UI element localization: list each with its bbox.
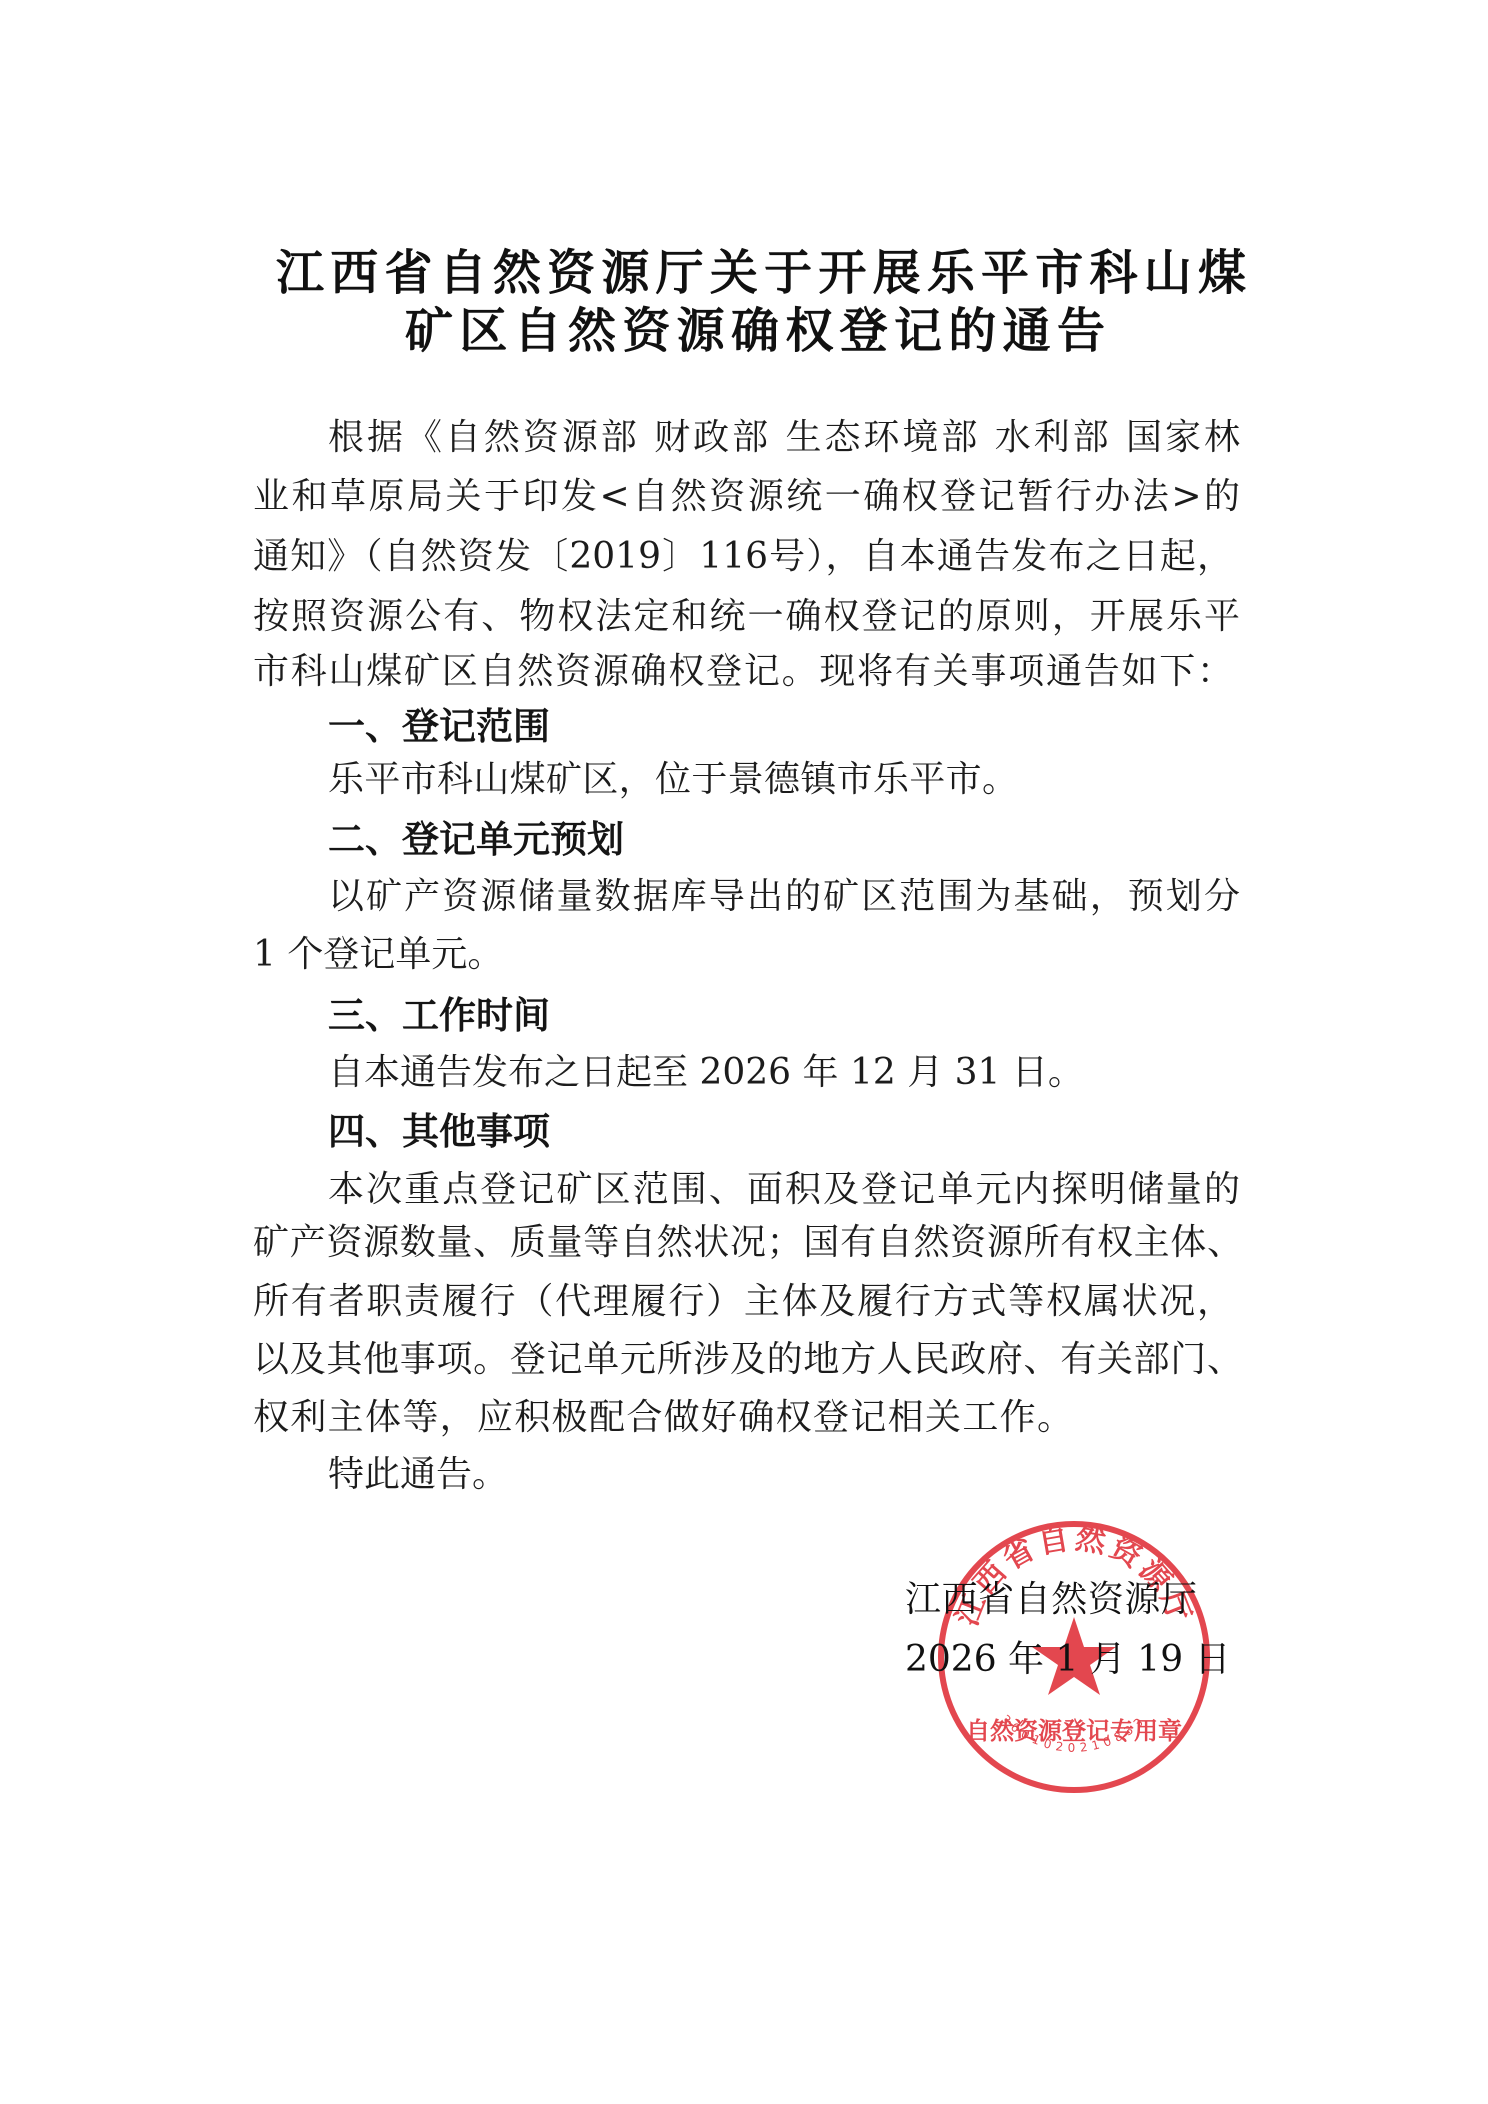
document-title-line-1: 江西省自然资源厅关于开展乐平市科山煤 xyxy=(276,244,1246,302)
section-other-line-2: 矿产资源数量、质量等自然状况；国有自然资源所有权主体、 xyxy=(253,1223,1243,1263)
section-units-line-1: 以矿产资源储量数据库导出的矿区范围为基础，预划分 xyxy=(328,877,1240,917)
section-other-line-5: 权利主体等，应积极配合做好确权登记相关工作。 xyxy=(253,1398,1073,1438)
section-heading-time: 三、工作时间 xyxy=(328,996,550,1036)
section-other-line-1: 本次重点登记矿区范围、面积及登记单元内探明储量的 xyxy=(328,1170,1240,1210)
intro-line-3: 通知》（自然资发〔2019〕116号），自本通告发布之日起， xyxy=(253,537,1233,577)
section-heading-units: 二、登记单元预划 xyxy=(328,820,624,860)
section-heading-scope: 一、登记范围 xyxy=(328,707,550,747)
issue-date: 2026 年 1 月 19 日 xyxy=(905,1640,1190,1680)
closing-text: 特此通告。 xyxy=(328,1455,508,1495)
section-scope-line-1: 乐平市科山煤矿区，位于景德镇市乐平市。 xyxy=(328,760,1018,800)
document-title-line-2: 矿区自然资源确权登记的通告 xyxy=(405,302,1105,360)
intro-line-2: 业和草原局关于印发<自然资源统一确权登记暂行办法>的 xyxy=(253,477,1240,517)
intro-line-4: 按照资源公有、物权法定和统一确权登记的原则，开展乐平 xyxy=(253,597,1240,637)
intro-line-5: 市科山煤矿区自然资源确权登记。现将有关事项通告如下： xyxy=(253,652,1233,692)
section-time-line-1: 自本通告发布之日起至 2026 年 12 月 31 日。 xyxy=(328,1053,1053,1093)
issuer-name: 江西省自然资源厅 xyxy=(905,1580,1197,1620)
intro-line-1: 根据《自然资源部 财政部 生态环境部 水利部 国家林 xyxy=(328,418,1240,458)
section-other-line-3: 所有者职责履行（代理履行）主体及履行方式等权属状况， xyxy=(253,1282,1233,1322)
section-units-line-2: 1 个登记单元。 xyxy=(253,935,503,975)
document-page: 江西省自然资源厅关于开展乐平市科山煤 矿区自然资源确权登记的通告 根据《自然资源… xyxy=(0,0,1488,2104)
section-other-line-4: 以及其他事项。登记单元所涉及的地方人民政府、有关部门、 xyxy=(253,1340,1243,1380)
section-heading-other: 四、其他事项 xyxy=(328,1112,550,1152)
